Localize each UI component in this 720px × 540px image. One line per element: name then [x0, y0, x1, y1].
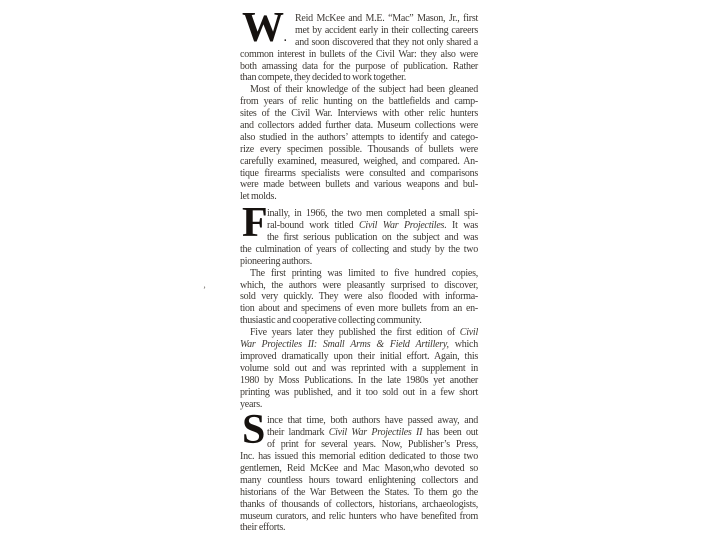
text-line: also studied in the authors’ attempts to…: [240, 132, 478, 144]
drop-cap-period: .: [284, 33, 287, 44]
scan-speck: ’: [203, 286, 206, 295]
text-line: inally, in 1966, the two men completed a…: [267, 208, 478, 220]
text-line: improved dramatically upon their initial…: [240, 351, 478, 363]
article-section: Since that time, both authors have passe…: [240, 415, 478, 534]
text-line: ral-bound work titled Civil War Projecti…: [267, 220, 478, 232]
text-line: years.: [240, 399, 478, 411]
text-line: the culmination of years of collecting a…: [240, 244, 478, 256]
text-line: The first printing was limited to five h…: [240, 268, 478, 280]
text-line: many countless hours toward enlightening…: [240, 475, 478, 487]
text-line: printing was published, and it too sold …: [240, 387, 478, 399]
text-line: tique firearms specialists were consulte…: [240, 168, 478, 180]
text-line: rize every specimen possible. Thousands …: [240, 144, 478, 156]
text-line: than compete, they decided to work toget…: [240, 72, 478, 84]
drop-cap: S: [242, 414, 265, 447]
text-line: Most of their knowledge of the subject h…: [240, 84, 478, 96]
article-section: Finally, in 1966, the two men completed …: [240, 208, 478, 410]
text-line: sites of the Civil War. Interviews with …: [240, 108, 478, 120]
text-line: War Projectiles II: Small Arms & Field A…: [240, 339, 478, 351]
text-line: were made between bullets and various we…: [240, 179, 478, 191]
text-line: tion about and specimens of even more bu…: [240, 303, 478, 315]
text-line: both amassing data for the purpose of pu…: [240, 61, 478, 73]
text-column: W.Reid McKee and M.E. “Mac” Mason, Jr., …: [240, 13, 478, 539]
text-line: pioneering authors.: [240, 256, 478, 268]
text-line: from years of relic hunting on the battl…: [240, 96, 478, 108]
text-line: Five years later they published the firs…: [240, 327, 478, 339]
text-line: 1980 by Moss Publications. In the late 1…: [240, 375, 478, 387]
text-line: which, the authors were pleasantly surpr…: [240, 280, 478, 292]
drop-cap: F: [242, 207, 268, 240]
text-line: museum curators, and relic hunters who h…: [240, 511, 478, 523]
text-line: sold very quickly. They were also floode…: [240, 291, 478, 303]
text-line: and collectors added further data. Museu…: [240, 120, 478, 132]
text-line: and soon discovered that they not only s…: [295, 37, 478, 49]
text-line: ince that time, both authors have passed…: [267, 415, 478, 427]
text-line: their efforts.: [240, 522, 478, 534]
text-line: of print for several years. Now, Publish…: [267, 439, 478, 451]
text-line: Reid McKee and M.E. “Mac” Mason, Jr., fi…: [295, 13, 478, 25]
scanned-page: ’ W.Reid McKee and M.E. “Mac” Mason, Jr.…: [0, 0, 720, 540]
article-section: W.Reid McKee and M.E. “Mac” Mason, Jr., …: [240, 13, 478, 203]
text-line: carefully examined, measured, weighed, a…: [240, 156, 478, 168]
text-line: met by accident early in their collectin…: [295, 25, 478, 37]
text-line: Inc. has issued this memorial edition de…: [240, 451, 478, 463]
text-line: thanks of thousands of collectors, histo…: [240, 499, 478, 511]
text-line: gentlemen, Reid McKee and Mac Mason,who …: [240, 463, 478, 475]
text-line: their landmark Civil War Projectiles II …: [267, 427, 478, 439]
drop-cap: W.: [242, 12, 287, 55]
text-line: historians of the War Between the States…: [240, 487, 478, 499]
text-line: volume sold out and was reprinted with a…: [240, 363, 478, 375]
text-line: the first serious publication on the sub…: [267, 232, 478, 244]
text-line: thusiastic and cooperative collecting co…: [240, 315, 478, 327]
text-line: let molds.: [240, 191, 478, 203]
